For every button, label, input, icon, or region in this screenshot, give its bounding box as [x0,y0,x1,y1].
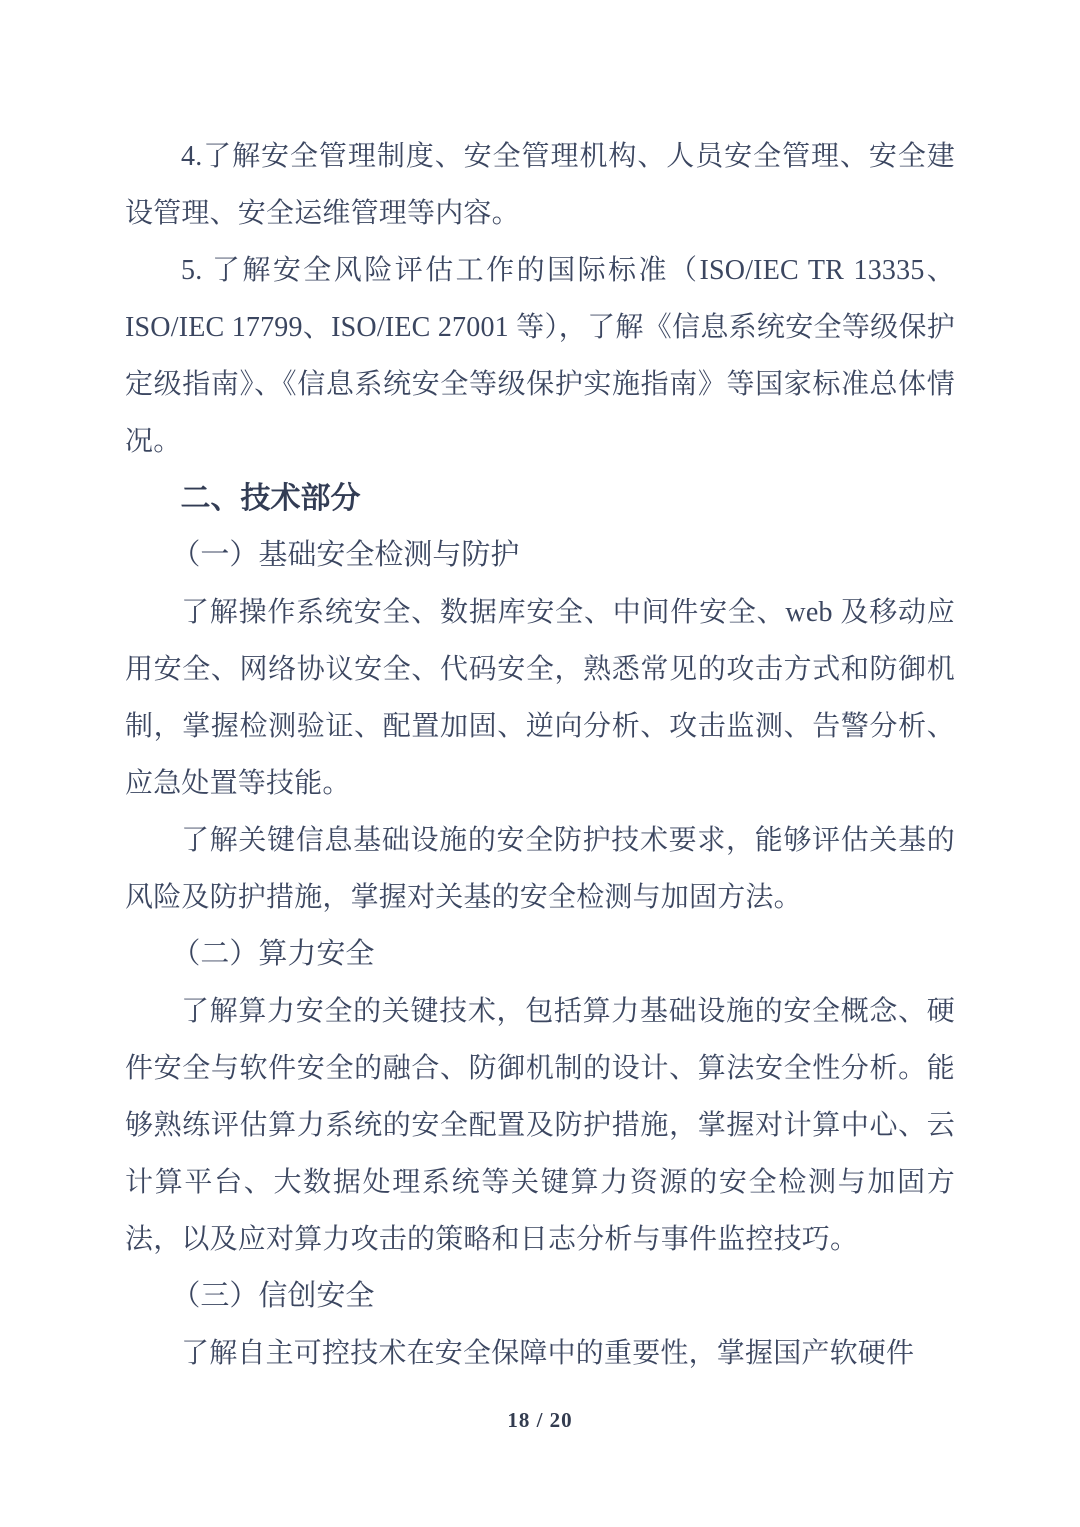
paragraph-item-4: 4.了解安全管理制度、安全管理机构、人员安全管理、安全建设管理、安全运维管理等内… [125,128,955,242]
page-number: 18 / 20 [0,1408,1080,1433]
subsection-heading-computing-power-security: （二）算力安全 [125,926,955,983]
document-content: 4.了解安全管理制度、安全管理机构、人员安全管理、安全建设管理、安全运维管理等内… [125,0,955,1382]
document-page: 4.了解安全管理制度、安全管理机构、人员安全管理、安全建设管理、安全运维管理等内… [0,0,1080,1527]
subsection-heading-basic-security-detection: （一）基础安全检测与防护 [125,527,955,584]
paragraph-computing-power-details: 了解算力安全的关键技术，包括算力基础设施的安全概念、硬件安全与软件安全的融合、防… [125,983,955,1268]
subsection-heading-xinchuang-security: （三）信创安全 [125,1268,955,1325]
section-heading-technical-part: 二、技术部分 [125,470,955,527]
paragraph-critical-infrastructure: 了解关键信息基础设施的安全防护技术要求，能够评估关基的风险及防护措施，掌握对关基… [125,812,955,926]
paragraph-basic-security-skills: 了解操作系统安全、数据库安全、中间件安全、web 及移动应用安全、网络协议安全、… [125,584,955,812]
paragraph-item-5: 5. 了解安全风险评估工作的国际标准（ISO/IEC TR 13335、ISO/… [125,242,955,470]
paragraph-xinchuang-intro: 了解自主可控技术在安全保障中的重要性，掌握国产软硬件 [125,1325,955,1382]
